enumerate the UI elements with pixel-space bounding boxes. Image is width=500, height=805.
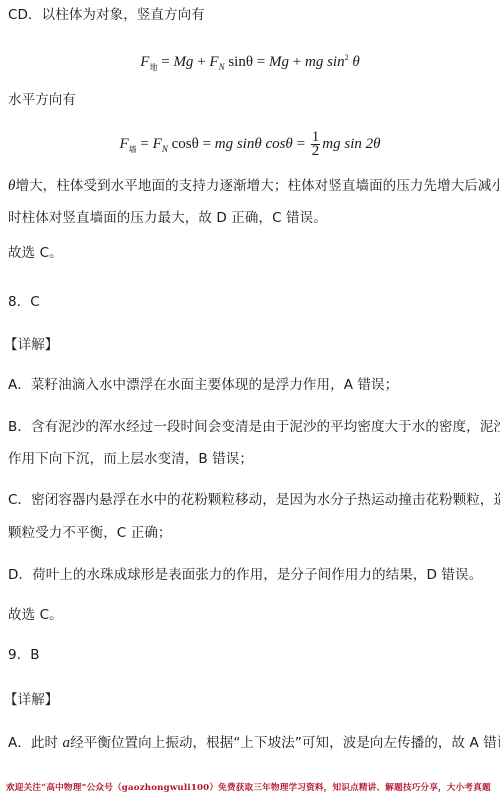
- q8-option-c-line2: 颗粒受力不平衡，C 正确；: [8, 524, 492, 542]
- fraction-one-half: 12: [311, 131, 321, 158]
- footer-promo-banner: 欢迎关注“高中物理”公众号（gaozhongwuli100）免费获取三年物理学习…: [6, 781, 498, 793]
- q8-option-b-line1: B．含有泥沙的浑水经过一段时间会变清是由于泥沙的平均密度大于水的密度，泥沙在重力…: [8, 418, 492, 436]
- q8-option-d: D．荷叶上的水珠成球形是表面张力的作用，是分子间作用力的结果，D 错误。: [8, 566, 492, 584]
- detail-heading-9: 【详解】: [4, 691, 492, 709]
- formula-horizontal-force: F墙 = FN cosθ = mg sinθ cosθ = 12mg sin 2…: [0, 131, 500, 160]
- answer-q8: 故选 C。: [8, 606, 492, 624]
- answer-q7: 故选 C。: [8, 244, 492, 262]
- paragraph-theta-increase: θ增大，柱体受到水平地面的支持力逐渐增大；柱体对竖直墙面的压力先增大后减小当θ=…: [8, 177, 492, 195]
- q8-option-b-line2: 作用下向下沉，而上层水变清，B 错误；: [8, 450, 492, 468]
- q9-option-a: A．此时 a经平衡位置向上振动，根据“上下坡法”可知，波是向左传播的，故 A 错…: [8, 734, 492, 752]
- question-9-answer: 9．B: [8, 646, 492, 664]
- q8-option-a: A．菜籽油滴入水中漂浮在水面主要体现的是浮力作用，A 错误；: [8, 376, 492, 394]
- detail-heading-8: 【详解】: [4, 336, 492, 354]
- q8-option-c-line1: C．密闭容器内悬浮在水中的花粉颗粒移动，是因为水分子热运动撞击花粉颗粒，造成了花…: [8, 491, 492, 509]
- paragraph-max-pressure: 时柱体对竖直墙面的压力最大，故 D 正确，C 错误。: [8, 209, 492, 227]
- paragraph-cd-intro: CD．以柱体为对象，竖直方向有: [8, 6, 492, 24]
- formula-vertical-force: F地 = Mg + FN sinθ = Mg + mg sin2 θ: [0, 48, 500, 78]
- question-8-answer: 8．C: [8, 293, 492, 311]
- paragraph-horizontal: 水平方向有: [8, 91, 492, 109]
